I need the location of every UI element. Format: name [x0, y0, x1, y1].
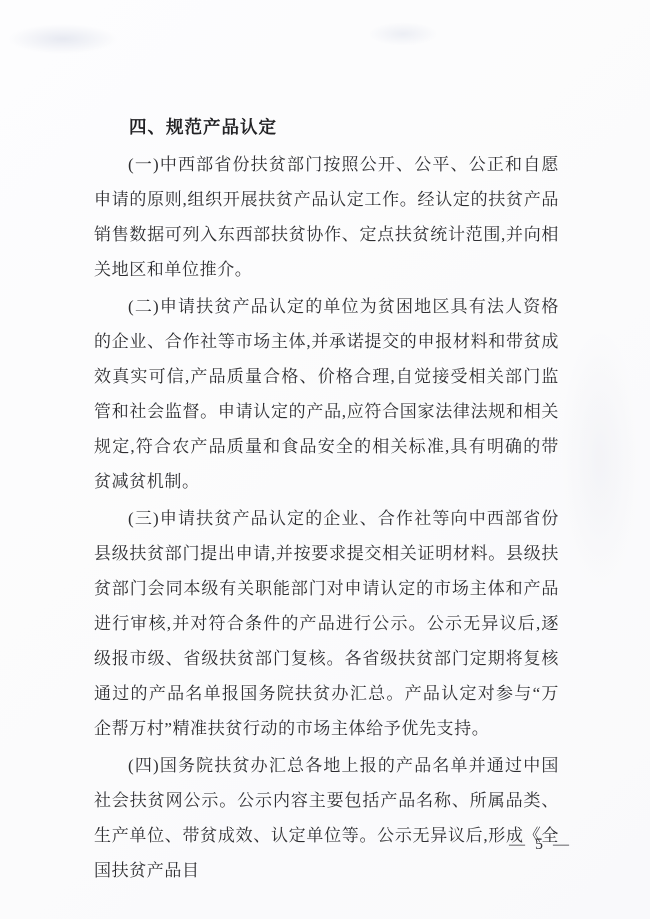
section-heading: 四、规范产品认定: [94, 110, 559, 145]
paragraph-4: (四)国务院扶贫办汇总各地上报的产品名单并通过中国社会扶贫网公示。公示内容主要包…: [94, 748, 559, 888]
document-body: 四、规范产品认定 (一)中西部省份扶贫部门按照公开、公平、公正和自愿申请的原则,…: [94, 110, 559, 888]
paragraph-2: (二)申请扶贫产品认定的单位为贫困地区具有法人资格的企业、合作社等市场主体,并承…: [94, 289, 559, 499]
scan-artifact: [8, 24, 118, 54]
scan-artifact: [560, 330, 640, 590]
paragraph-1: (一)中西部省份扶贫部门按照公开、公平、公正和自愿申请的原则,组织开展扶贫产品认…: [94, 147, 559, 287]
scan-artifact: [368, 22, 438, 46]
paragraph-3: (三)申请扶贫产品认定的企业、合作社等向中西部省份县级扶贫部门提出申请,并按要求…: [94, 501, 559, 746]
page-number: — 5 —: [509, 836, 572, 854]
document-page: 四、规范产品认定 (一)中西部省份扶贫部门按照公开、公平、公正和自愿申请的原则,…: [0, 0, 650, 919]
